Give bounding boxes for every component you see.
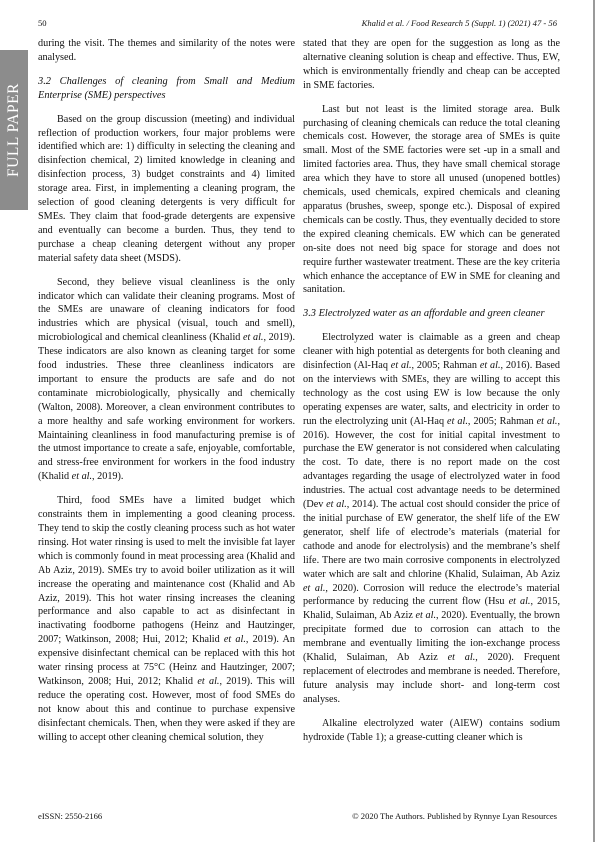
right-column: stated that they are open for the sugges… xyxy=(303,37,560,755)
paragraph-limited-budget: Third, food SMEs have a limited budget w… xyxy=(38,494,295,744)
paragraph-electrolyzed-water: Electrolyzed water is claimable as a gre… xyxy=(303,331,560,706)
running-header: 50 Khalid et al. / Food Research 5 (Supp… xyxy=(38,18,557,32)
issn: eISSN: 2550-2166 xyxy=(38,811,102,821)
paragraph-visual-cleanliness: Second, they believe visual cleanliness … xyxy=(38,276,295,485)
paragraph-four-problems: Based on the group discussion (meeting) … xyxy=(38,113,295,266)
paragraph-continuation: stated that they are open for the sugges… xyxy=(303,37,560,93)
paragraph-continuation: during the visit. The themes and similar… xyxy=(38,37,295,65)
paragraph-storage-area: Last but not least is the limited storag… xyxy=(303,103,560,298)
section-heading-3-2: 3.2 Challenges of cleaning from Small an… xyxy=(38,75,295,103)
journal-reference: Khalid et al. / Food Research 5 (Suppl. … xyxy=(362,18,557,28)
page-number: 50 xyxy=(38,18,47,28)
section-heading-3-3: 3.3 Electrolyzed water as an affordable … xyxy=(303,307,560,321)
full-paper-tab: FULL PAPER xyxy=(0,50,28,210)
full-paper-label: FULL PAPER xyxy=(5,83,23,177)
copyright: © 2020 The Authors. Published by Rynnye … xyxy=(352,811,557,821)
paragraph-alkaline-ew: Alkaline electrolyzed water (AlEW) conta… xyxy=(303,717,560,745)
left-column: during the visit. The themes and similar… xyxy=(38,37,295,755)
